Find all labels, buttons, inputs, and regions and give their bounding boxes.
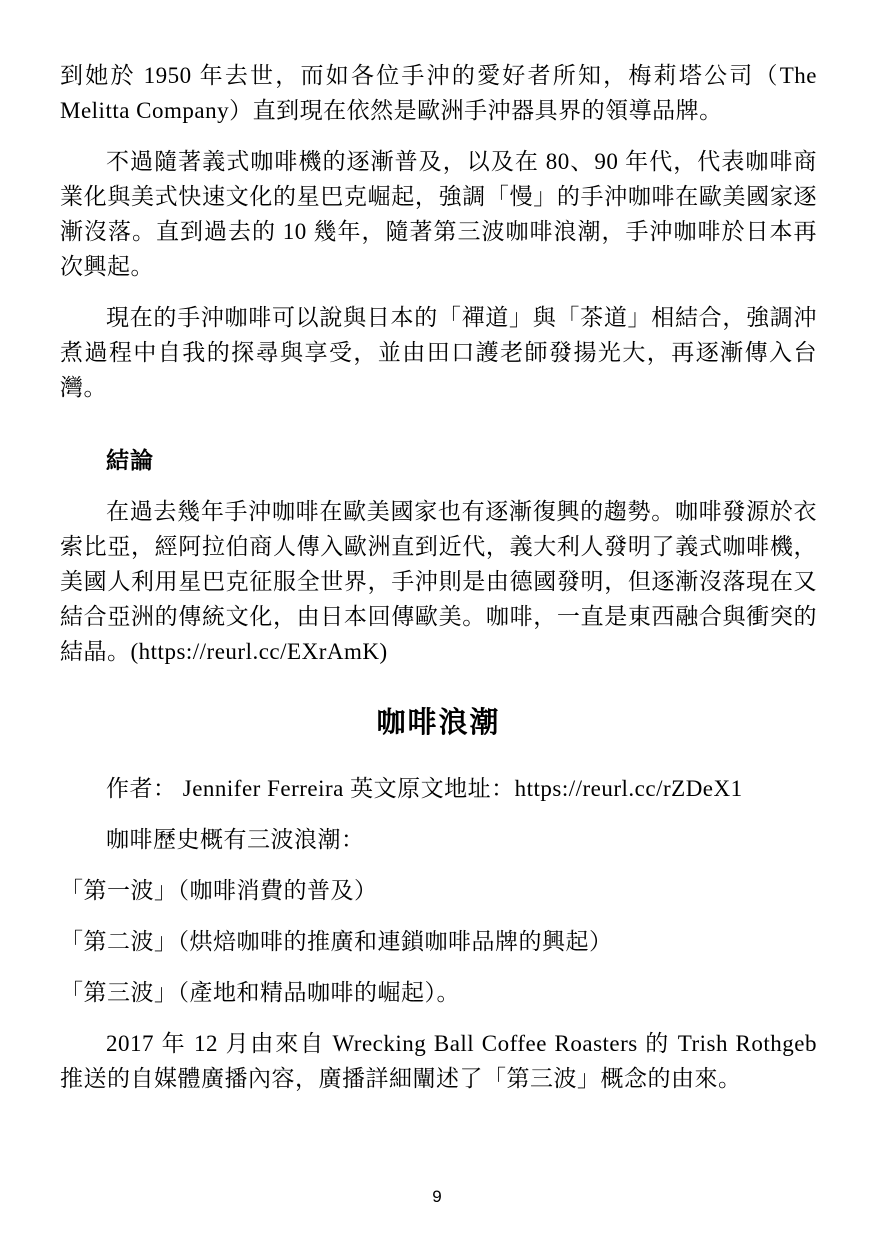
page-footer: 9: [0, 1187, 874, 1207]
paragraph-espresso-starbucks-decline: 不過隨著義式咖啡機的逐漸普及，以及在 80、90 年代，代表咖啡商業化與美式快速…: [60, 144, 817, 284]
article-title-coffee-waves: 咖啡浪潮: [60, 701, 817, 745]
section-heading-conclusion: 結論: [106, 443, 817, 478]
document-page: 到她於 1950 年去世，而如各位手沖的愛好者所知，梅莉塔公司（The Meli…: [0, 0, 874, 1241]
paragraph-first-wave: 「第一波」（咖啡消費的普及）: [60, 873, 817, 908]
page-number: 9: [432, 1187, 441, 1206]
paragraph-three-waves-intro: 咖啡歷史概有三波浪潮：: [60, 822, 817, 857]
paragraph-2017-podcast: 2017 年 12 月由來自 Wrecking Ball Coffee Roas…: [60, 1026, 817, 1096]
paragraph-melitta-legacy: 到她於 1950 年去世，而如各位手沖的愛好者所知，梅莉塔公司（The Meli…: [60, 58, 817, 128]
paragraph-author-source: 作者： Jennifer Ferreira 英文原文地址：https://reu…: [60, 771, 817, 806]
paragraph-zen-tea-taiwan: 現在的手沖咖啡可以說與日本的「禪道」與「茶道」相結合，強調沖煮過程中自我的探尋與…: [60, 300, 817, 405]
page-content: 到她於 1950 年去世，而如各位手沖的愛好者所知，梅莉塔公司（The Meli…: [60, 58, 817, 1096]
paragraph-conclusion-summary: 在過去幾年手沖咖啡在歐美國家也有逐漸復興的趨勢。咖啡發源於衣索比亞，經阿拉伯商人…: [60, 494, 817, 669]
paragraph-third-wave: 「第三波」（產地和精品咖啡的崛起）。: [60, 975, 817, 1010]
paragraph-second-wave: 「第二波」（烘焙咖啡的推廣和連鎖咖啡品牌的興起）: [60, 924, 817, 959]
